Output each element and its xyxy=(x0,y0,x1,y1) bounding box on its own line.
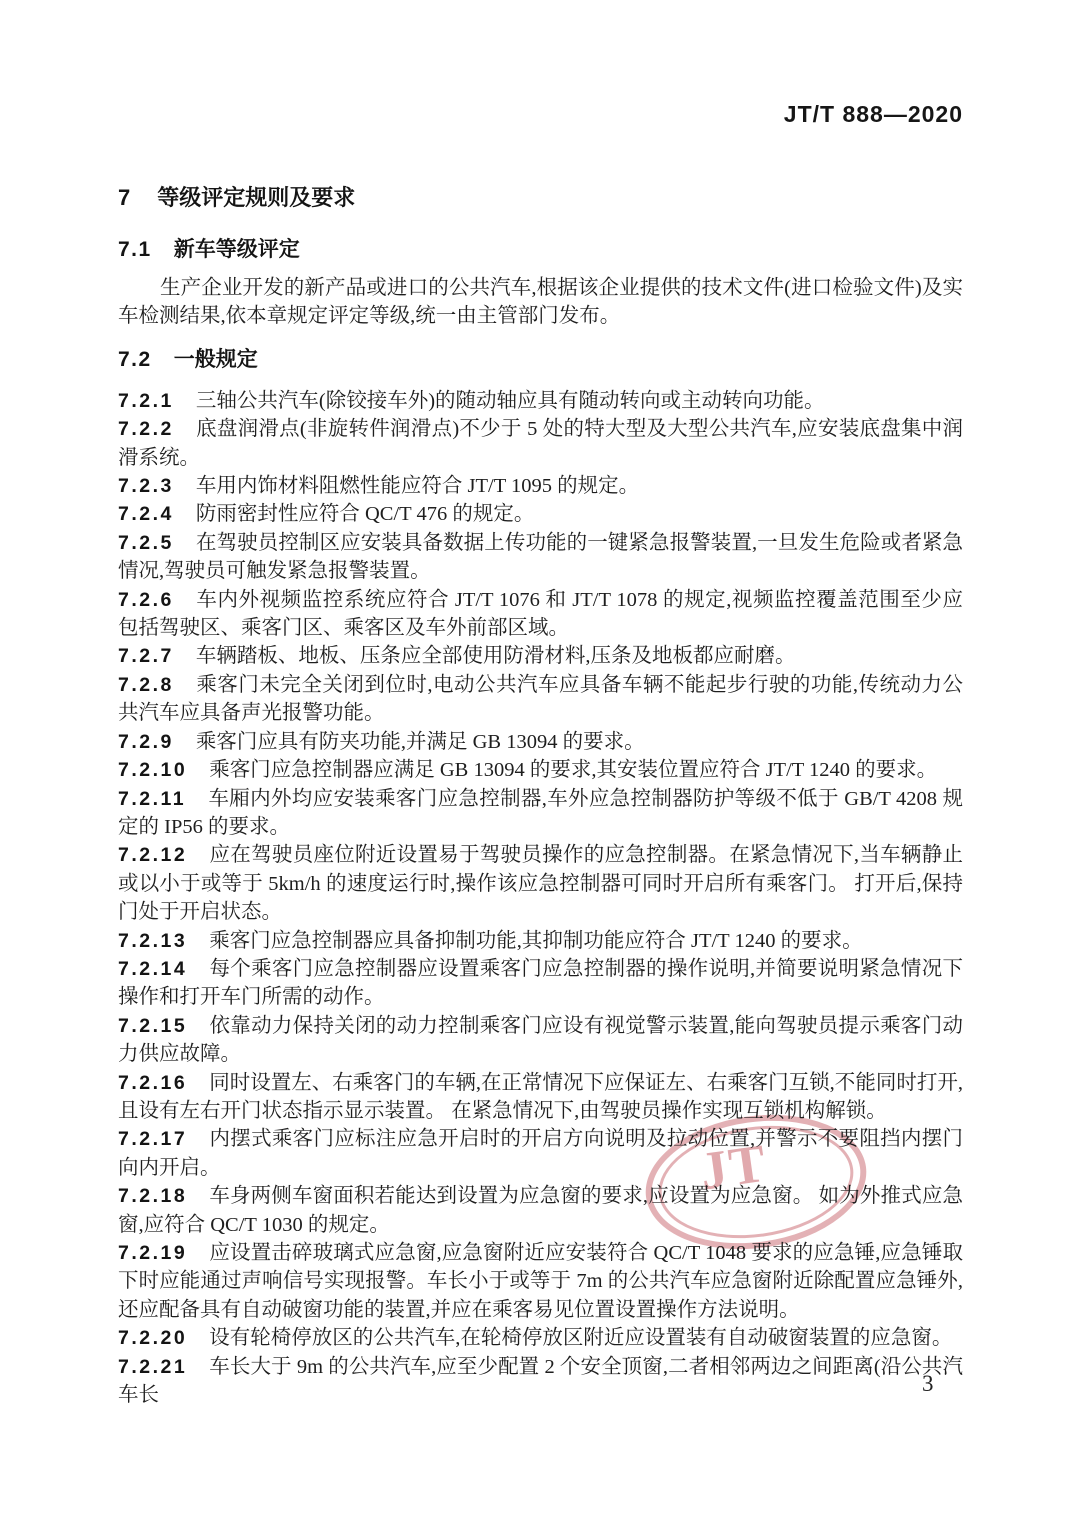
clause-text: 每个乘客门应急控制器应设置乘客门应急控制器的操作说明,并简要说明紧急情况下操作和… xyxy=(118,958,963,1008)
clause-number: 7.2.4 xyxy=(118,503,174,525)
clause-number: 7.2.7 xyxy=(118,645,174,667)
clause-item: 7.2.21车长大于 9m 的公共汽车,应至少配置 2 个安全顶窗,二者相邻两边… xyxy=(118,1353,963,1410)
document-page: JT/T 888—2020 JT 7等级评定规则及要求 7.1新车等级评定 生产… xyxy=(0,0,1080,1526)
clause-text: 应设置击碎玻璃式应急窗,应急窗附近应安装符合 QC/T 1048 要求的应急锤,… xyxy=(118,1242,963,1321)
clause-item: 7.2.8乘客门未完全关闭到位时,电动公共汽车应具备车辆不能起步行驶的功能,传统… xyxy=(118,671,963,728)
chapter-number: 7 xyxy=(118,185,131,210)
clause-number: 7.2.17 xyxy=(118,1128,187,1150)
chapter-heading: 7等级评定规则及要求 xyxy=(118,185,963,211)
clause-item: 7.2.19应设置击碎玻璃式应急窗,应急窗附近应安装符合 QC/T 1048 要… xyxy=(118,1239,963,1324)
clause-text: 乘客门应具有防夹功能,并满足 GB 13094 的要求。 xyxy=(196,731,645,753)
clause-number: 7.2.8 xyxy=(118,674,174,696)
clause-number: 7.2.5 xyxy=(118,532,174,554)
clause-item: 7.2.6车内外视频监控系统应符合 JT/T 1076 和 JT/T 1078 … xyxy=(118,586,963,643)
clause-text: 乘客门未完全关闭到位时,电动公共汽车应具备车辆不能起步行驶的功能,传统动力公共汽… xyxy=(118,674,963,724)
clause-item: 7.2.18车身两侧车窗面积若能达到设置为应急窗的要求,应设置为应急窗。 如为外… xyxy=(118,1182,963,1239)
clause-number: 7.2.9 xyxy=(118,731,174,753)
clause-item: 7.2.7车辆踏板、地板、压条应全部使用防滑材料,压条及地板都应耐磨。 xyxy=(118,642,963,670)
clause-text: 车用内饰材料阻燃性能应符合 JT/T 1095 的规定。 xyxy=(196,475,639,497)
clause-item: 7.2.9乘客门应具有防夹功能,并满足 GB 13094 的要求。 xyxy=(118,728,963,756)
clause-text: 设有轮椅停放区的公共汽车,在轮椅停放区附近应设置装有自动破窗装置的应急窗。 xyxy=(209,1327,952,1349)
section-7-1-number: 7.1 xyxy=(118,238,152,261)
clause-number: 7.2.1 xyxy=(118,390,174,412)
clause-number: 7.2.16 xyxy=(118,1072,187,1094)
clause-number: 7.2.20 xyxy=(118,1327,187,1349)
clause-number: 7.2.2 xyxy=(118,418,174,440)
clause-item: 7.2.11车厢内外均应安装乘客门应急控制器,车外应急控制器防护等级不低于 GB… xyxy=(118,785,963,842)
section-7-1-title: 新车等级评定 xyxy=(174,238,300,261)
clause-text: 内摆式乘客门应标注应急开启时的开启方向说明及拉动位置,并警示不要阻挡内摆门向内开… xyxy=(118,1128,963,1178)
clause-item: 7.2.15依靠动力保持关闭的动力控制乘客门应设有视觉警示装置,能向驾驶员提示乘… xyxy=(118,1012,963,1069)
clause-text: 三轴公共汽车(除铰接车外)的随动轴应具有随动转向或主动转向功能。 xyxy=(196,390,825,412)
clause-text: 车厢内外均应安装乘客门应急控制器,车外应急控制器防护等级不低于 GB/T 420… xyxy=(118,788,963,838)
clause-item: 7.2.5在驾驶员控制区应安装具备数据上传功能的一键紧急报警装置,一旦发生危险或… xyxy=(118,529,963,586)
clause-list: 7.2.1三轴公共汽车(除铰接车外)的随动轴应具有随动转向或主动转向功能。 7.… xyxy=(118,387,963,1410)
clause-number: 7.2.15 xyxy=(118,1015,187,1037)
section-7-1-heading: 7.1新车等级评定 xyxy=(118,237,963,262)
clause-item: 7.2.1三轴公共汽车(除铰接车外)的随动轴应具有随动转向或主动转向功能。 xyxy=(118,387,963,415)
section-7-2-heading: 7.2一般规定 xyxy=(118,347,963,372)
section-7-2-number: 7.2 xyxy=(118,348,152,371)
clause-item: 7.2.16同时设置左、右乘客门的车辆,在正常情况下应保证左、右乘客门互锁,不能… xyxy=(118,1069,963,1126)
clause-number: 7.2.13 xyxy=(118,930,187,952)
clause-number: 7.2.11 xyxy=(118,788,186,810)
clause-text: 应在驾驶员座位附近设置易于驾驶员操作的应急控制器。在紧急情况下,当车辆静止或以小… xyxy=(118,844,963,923)
clause-item: 7.2.2底盘润滑点(非旋转件润滑点)不少于 5 处的特大型及大型公共汽车,应安… xyxy=(118,415,963,472)
clause-number: 7.2.10 xyxy=(118,759,187,781)
section-7-1-paragraph: 生产企业开发的新产品或进口的公共汽车,根据该企业提供的技术文件(进口检验文件)及… xyxy=(118,274,963,331)
clause-text: 底盘润滑点(非旋转件润滑点)不少于 5 处的特大型及大型公共汽车,应安装底盘集中… xyxy=(118,418,963,468)
clause-item: 7.2.12应在驾驶员座位附近设置易于驾驶员操作的应急控制器。在紧急情况下,当车… xyxy=(118,841,963,926)
clause-text: 防雨密封性应符合 QC/T 476 的规定。 xyxy=(196,503,534,525)
page-body: 7等级评定规则及要求 7.1新车等级评定 生产企业开发的新产品或进口的公共汽车,… xyxy=(118,0,963,1409)
clause-number: 7.2.3 xyxy=(118,475,174,497)
clause-item: 7.2.4防雨密封性应符合 QC/T 476 的规定。 xyxy=(118,500,963,528)
clause-item: 7.2.10乘客门应急控制器应满足 GB 13094 的要求,其安装位置应符合 … xyxy=(118,756,963,784)
clause-text: 同时设置左、右乘客门的车辆,在正常情况下应保证左、右乘客门互锁,不能同时打开,且… xyxy=(118,1072,963,1122)
clause-item: 7.2.20设有轮椅停放区的公共汽车,在轮椅停放区附近应设置装有自动破窗装置的应… xyxy=(118,1324,963,1352)
clause-item: 7.2.17内摆式乘客门应标注应急开启时的开启方向说明及拉动位置,并警示不要阻挡… xyxy=(118,1125,963,1182)
standard-code-header: JT/T 888—2020 xyxy=(784,101,963,128)
clause-item: 7.2.13乘客门应急控制器应具备抑制功能,其抑制功能应符合 JT/T 1240… xyxy=(118,927,963,955)
clause-number: 7.2.6 xyxy=(118,589,174,611)
clause-number: 7.2.18 xyxy=(118,1185,187,1207)
clause-text: 乘客门应急控制器应满足 GB 13094 的要求,其安装位置应符合 JT/T 1… xyxy=(209,759,937,781)
clause-number: 7.2.19 xyxy=(118,1242,187,1264)
section-7-2-title: 一般规定 xyxy=(174,348,258,371)
clause-text: 在驾驶员控制区应安装具备数据上传功能的一键紧急报警装置,一旦发生危险或者紧急情况… xyxy=(118,532,963,582)
clause-item: 7.2.3车用内饰材料阻燃性能应符合 JT/T 1095 的规定。 xyxy=(118,472,963,500)
clause-text: 乘客门应急控制器应具备抑制功能,其抑制功能应符合 JT/T 1240 的要求。 xyxy=(209,930,862,952)
clause-text: 依靠动力保持关闭的动力控制乘客门应设有视觉警示装置,能向驾驶员提示乘客门动力供应… xyxy=(118,1015,963,1065)
chapter-title: 等级评定规则及要求 xyxy=(157,185,355,210)
clause-number: 7.2.14 xyxy=(118,958,187,980)
clause-text: 车长大于 9m 的公共汽车,应至少配置 2 个安全顶窗,二者相邻两边之间距离(沿… xyxy=(118,1356,963,1406)
page-number: 3 xyxy=(922,1371,934,1397)
clause-text: 车内外视频监控系统应符合 JT/T 1076 和 JT/T 1078 的规定,视… xyxy=(118,589,963,639)
clause-text: 车身两侧车窗面积若能达到设置为应急窗的要求,应设置为应急窗。 如为外推式应急窗,… xyxy=(118,1185,963,1235)
clause-text: 车辆踏板、地板、压条应全部使用防滑材料,压条及地板都应耐磨。 xyxy=(196,645,796,667)
clause-number: 7.2.12 xyxy=(118,844,187,866)
clause-item: 7.2.14每个乘客门应急控制器应设置乘客门应急控制器的操作说明,并简要说明紧急… xyxy=(118,955,963,1012)
clause-number: 7.2.21 xyxy=(118,1356,187,1378)
